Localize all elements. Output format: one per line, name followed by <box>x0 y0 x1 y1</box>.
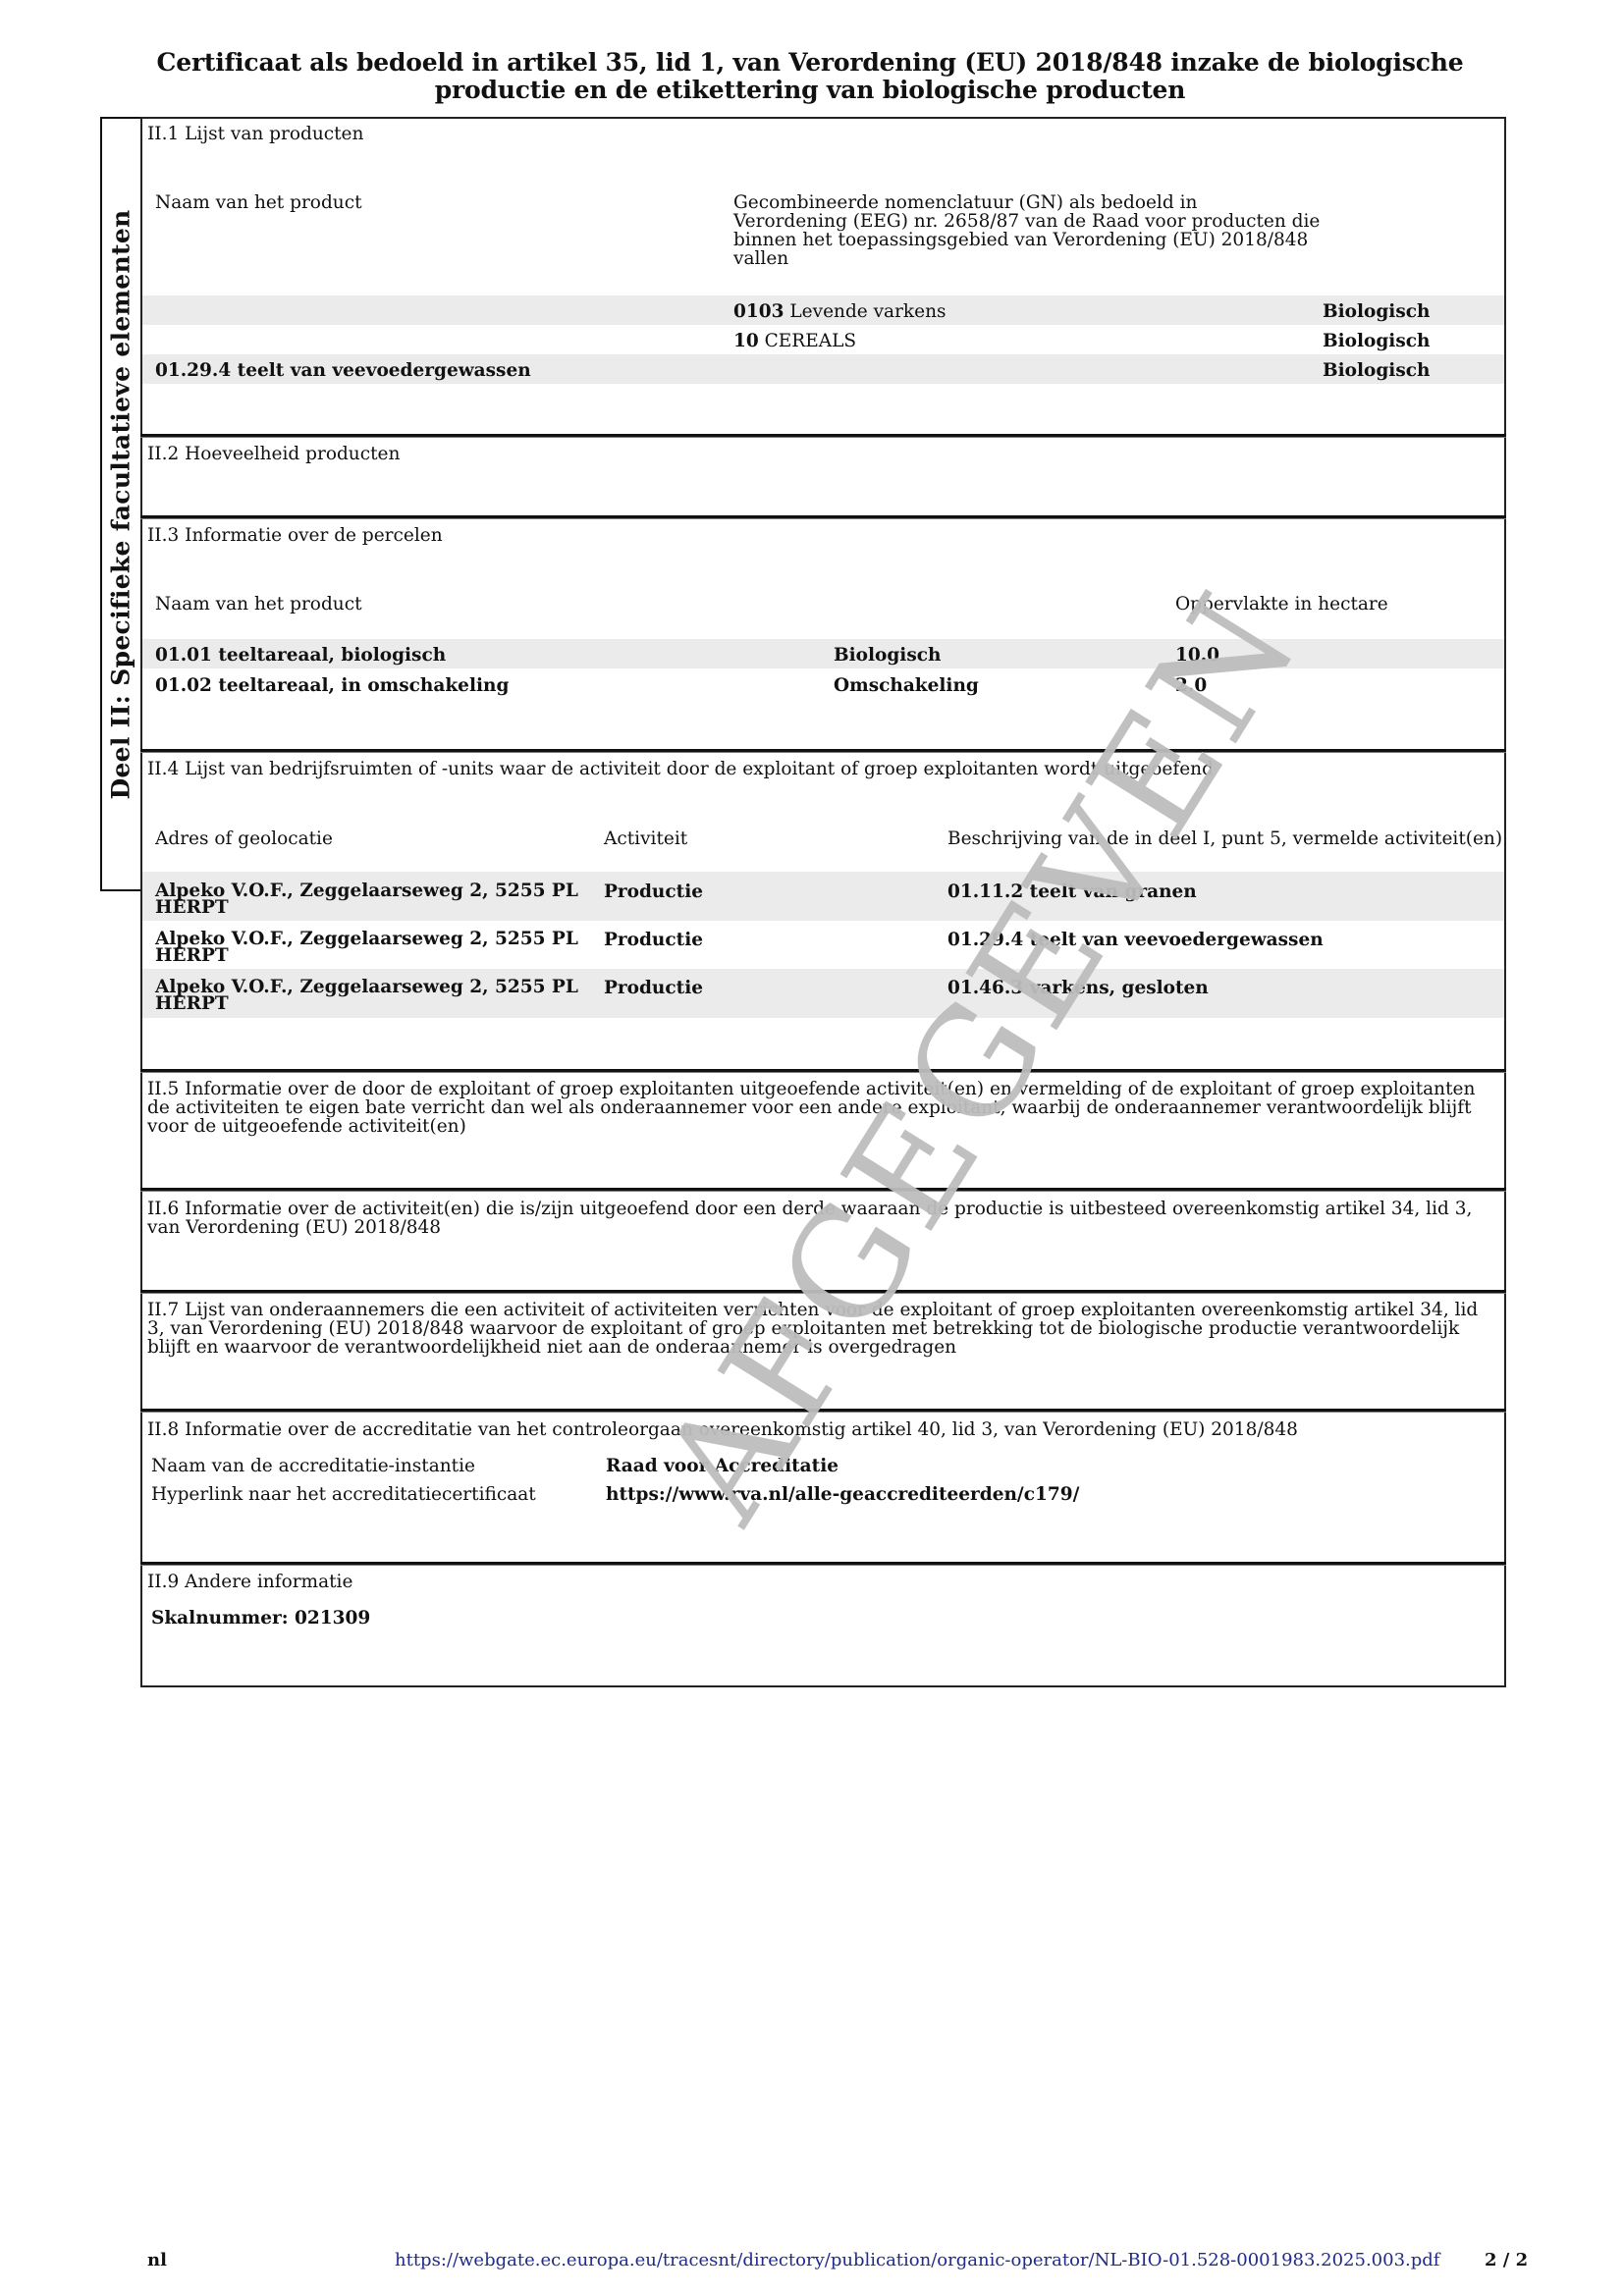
accreditation-link[interactable]: https://www.rva.nl/alle-geaccrediteerden… <box>606 1485 1079 1505</box>
status-value: Biologisch <box>1323 332 1430 351</box>
column-header-area: Oppervlakte in hectare <box>1175 595 1388 614</box>
column-header-address: Adres of geolocatie <box>155 829 333 849</box>
title-line-1: Certificaat als bedoeld in artikel 35, l… <box>137 49 1483 77</box>
section-divider <box>140 1069 1506 1073</box>
section-heading: II.8 Informatie over de accreditatie van… <box>147 1420 1298 1440</box>
status-value: Biologisch <box>1323 302 1430 322</box>
section-divider <box>140 1562 1506 1566</box>
section-heading: II.3 Informatie over de percelen <box>147 526 443 546</box>
section-heading: II.5 Informatie over de door de exploita… <box>147 1080 1492 1136</box>
section-divider <box>140 515 1506 519</box>
section-heading: II.6 Informatie over de activiteit(en) d… <box>147 1200 1492 1237</box>
section-divider <box>140 1290 1506 1294</box>
column-header-product-name: Naam van het product <box>155 595 362 614</box>
column-header-activity: Activiteit <box>604 829 687 849</box>
side-label: Deel II: Specifieke facultatieve element… <box>98 117 143 891</box>
accreditation-link-label: Hyperlink naar het accreditatiecertifica… <box>151 1485 536 1505</box>
document-title: Certificaat als bedoeld in artikel 35, l… <box>137 49 1483 104</box>
section-divider <box>140 1409 1506 1413</box>
section-divider <box>140 1188 1506 1192</box>
title-line-2: productie en de etikettering van biologi… <box>137 77 1483 104</box>
skal-number: Skalnummer: 021309 <box>151 1609 370 1629</box>
accreditation-body-value: Raad voor Accreditatie <box>606 1457 839 1476</box>
column-header-product-name: Naam van het product <box>155 193 362 213</box>
column-header-gn: Gecombineerde nomenclatuur (GN) als bedo… <box>733 193 1320 268</box>
section-heading: II.4 Lijst van bedrijfsruimten of -units… <box>147 760 1214 779</box>
side-label-text: Deel II: Specifieke facultatieve element… <box>107 209 135 799</box>
section-divider <box>140 749 1506 753</box>
section-heading: II.9 Andere informatie <box>147 1573 352 1592</box>
footer-url-link[interactable]: https://webgate.ec.europa.eu/tracesnt/di… <box>395 2250 1439 2270</box>
section-heading: II.2 Hoeveelheid producten <box>147 445 400 464</box>
section-heading: II.7 Lijst van onderaannemers die een ac… <box>147 1301 1497 1357</box>
section-heading: II.1 Lijst van producten <box>147 125 363 144</box>
status-value: Biologisch <box>1323 361 1430 381</box>
section-divider <box>140 434 1506 438</box>
page-number: 2 / 2 <box>1485 2250 1528 2270</box>
accreditation-body-label: Naam van de accreditatie-instantie <box>151 1457 475 1476</box>
footer-language: nl <box>147 2250 167 2270</box>
column-header-description: Beschrijving van de in deel I, punt 5, v… <box>947 829 1502 849</box>
